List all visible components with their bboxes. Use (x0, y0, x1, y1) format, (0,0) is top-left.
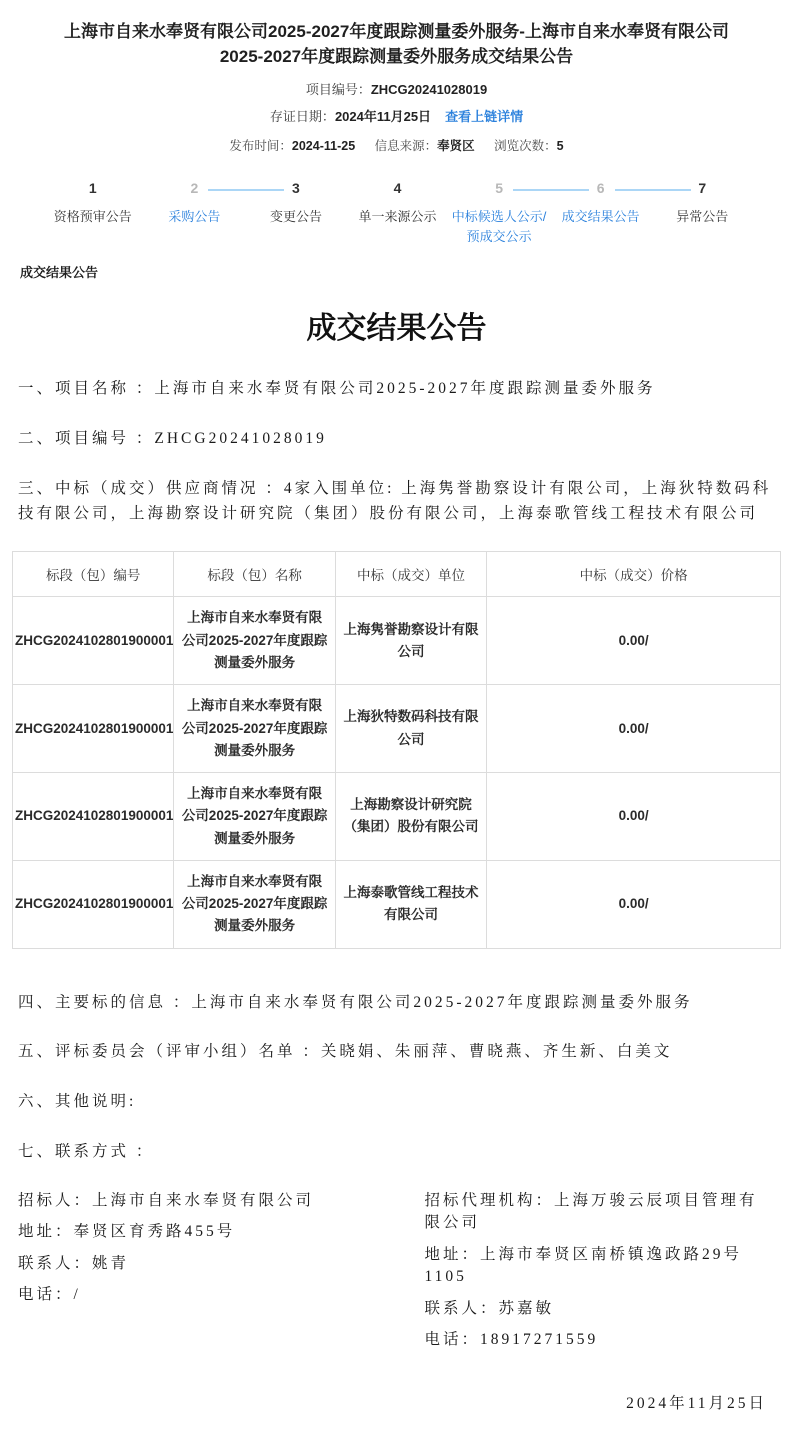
contact-person-value: 姚青 (92, 1255, 129, 1272)
winning-supplier: 上海泰歌管线工程技术有限公司 (335, 860, 486, 948)
project-number-value: ZHCG20241028019 (371, 82, 487, 97)
phone-label: 电话： (425, 1331, 481, 1348)
agency-contact-person-line: 联系人：苏嘉敏 (425, 1298, 776, 1320)
publish-info-line: 发布时间：2024-11-25 信息来源：奉贤区 浏览次数：5 (0, 136, 793, 154)
agency-label: 招标代理机构： (425, 1192, 555, 1209)
bidder-phone-line: 电话：/ (18, 1284, 397, 1306)
section-project-number: 二、项目编号 ：ZHCG20241028019 (18, 427, 775, 452)
project-number-line: 项目编号：ZHCG20241028019 (0, 79, 793, 98)
step-number: 5 (448, 180, 550, 196)
step-candidate-publicity-link[interactable]: 中标候选人公示/预成交公示 (448, 207, 550, 246)
package-code: ZHCG2024102801900001 (13, 685, 174, 773)
phone-value: / (74, 1286, 81, 1303)
header-winning-price: 中标（成交）价格 (487, 552, 781, 597)
announcement-stepper: 1 资格预审公告 2 采购公告 3 变更公告 4 单一来源公示 5 中标候选人公… (42, 180, 753, 246)
winning-price: 0.00/ (487, 860, 781, 948)
step-number: 4 (347, 180, 449, 196)
package-name: 上海市自来水奉贤有限公司2025-2027年度跟踪测量委外服务 (174, 773, 335, 861)
winning-price: 0.00/ (487, 597, 781, 685)
step-number: 7 (651, 180, 753, 196)
info-source-value: 奉贤区 (437, 139, 475, 153)
section-subject-info: 四、主要标的信息 ：上海市自来水奉贤有限公司2025-2027年度跟踪测量委外服… (18, 991, 775, 1016)
page-title: 上海市自来水奉贤有限公司2025-2027年度跟踪测量委外服务-上海市自来水奉贤… (45, 20, 748, 69)
agency-name-line: 招标代理机构：上海万骏云辰项目管理有限公司 (425, 1190, 776, 1235)
step-procurement-link[interactable]: 采购公告 (144, 207, 246, 227)
package-code: ZHCG2024102801900001 (13, 773, 174, 861)
result-table: 标段（包）编号 标段（包）名称 中标（成交）单位 中标（成交）价格 ZHCG20… (12, 551, 781, 948)
step-number: 2 (144, 180, 246, 196)
package-code: ZHCG2024102801900001 (13, 860, 174, 948)
contact-person-label: 联系人： (18, 1255, 92, 1272)
phone-label: 电话： (18, 1286, 74, 1303)
agency-contact: 招标代理机构：上海万骏云辰项目管理有限公司 地址：上海市奉贤区南桥镇逸政路29号… (397, 1190, 776, 1361)
step-result: 6 成交结果公告 (550, 180, 652, 246)
package-name: 上海市自来水奉贤有限公司2025-2027年度跟踪测量委外服务 (174, 860, 335, 948)
project-number-label: 项目编号： (306, 82, 371, 97)
step-result-link[interactable]: 成交结果公告 (550, 207, 652, 227)
table-row: ZHCG2024102801900001 上海市自来水奉贤有限公司2025-20… (13, 597, 781, 685)
step-abnormal: 7 异常公告 (651, 180, 753, 246)
contact-person-value: 苏嘉敏 (499, 1300, 555, 1317)
agency-address-line: 地址：上海市奉贤区南桥镇逸政路29号1105 (425, 1244, 776, 1289)
view-count-label: 浏览次数： (494, 139, 557, 153)
address-label: 地址： (18, 1223, 74, 1240)
publish-time-value: 2024-11-25 (292, 139, 355, 153)
main-title: 成交结果公告 (0, 303, 793, 347)
cert-date-value: 2024年11月25日 (335, 109, 431, 124)
step-number: 6 (550, 180, 652, 196)
header-package-name: 标段（包）名称 (174, 552, 335, 597)
bidder-address-line: 地址：奉贤区育秀路455号 (18, 1221, 397, 1243)
bidder-contact-person-line: 联系人：姚青 (18, 1253, 397, 1275)
publish-time-label: 发布时间： (229, 139, 292, 153)
contact-columns: 招标人：上海市自来水奉贤有限公司 地址：奉贤区育秀路455号 联系人：姚青 电话… (18, 1190, 775, 1361)
bidder-contact: 招标人：上海市自来水奉贤有限公司 地址：奉贤区育秀路455号 联系人：姚青 电话… (18, 1190, 397, 1361)
step-number: 1 (42, 180, 144, 196)
step-change: 3 变更公告 (245, 180, 347, 246)
step-label: 资格预审公告 (42, 207, 144, 227)
bidder-label: 招标人： (18, 1192, 92, 1209)
announcement-date: 2024年11月25日 (0, 1391, 767, 1413)
section-supplier-info: 三、中标（成交）供应商情况 ：4家入围单位: 上海隽誉勘察设计有限公司，上海狄特… (18, 477, 775, 527)
section-project-name: 一、项目名称 ：上海市自来水奉贤有限公司2025-2027年度跟踪测量委外服务 (18, 377, 775, 402)
info-source-label: 信息来源： (375, 139, 438, 153)
contact-person-label: 联系人： (425, 1300, 499, 1317)
view-chain-detail-link[interactable]: 查看上链详情 (445, 109, 523, 124)
section-other-notes: 六、其他说明: (18, 1090, 775, 1115)
winning-supplier: 上海勘察设计研究院（集团）股份有限公司 (335, 773, 486, 861)
step-label: 异常公告 (651, 207, 753, 227)
header-winning-supplier: 中标（成交）单位 (335, 552, 486, 597)
section-committee-list: 五、评标委员会（评审小组）名单 ：关晓娟、朱丽萍、曹晓燕、齐生新、白美文 (18, 1040, 775, 1065)
step-label: 变更公告 (245, 207, 347, 227)
cert-date-label: 存证日期： (270, 109, 335, 124)
package-code: ZHCG2024102801900001 (13, 597, 174, 685)
step-number: 3 (245, 180, 347, 196)
step-candidate-publicity: 5 中标候选人公示/预成交公示 (448, 180, 550, 246)
header-package-code: 标段（包）编号 (13, 552, 174, 597)
bidder-name-line: 招标人：上海市自来水奉贤有限公司 (18, 1190, 397, 1212)
package-name: 上海市自来水奉贤有限公司2025-2027年度跟踪测量委外服务 (174, 685, 335, 773)
phone-value: 18917271559 (480, 1331, 598, 1348)
address-label: 地址： (425, 1246, 481, 1263)
step-single-source: 4 单一来源公示 (347, 180, 449, 246)
view-count-value: 5 (557, 139, 564, 153)
agency-phone-line: 电话：18917271559 (425, 1329, 776, 1351)
winning-supplier: 上海隽誉勘察设计有限公司 (335, 597, 486, 685)
table-header-row: 标段（包）编号 标段（包）名称 中标（成交）单位 中标（成交）价格 (13, 552, 781, 597)
table-row: ZHCG2024102801900001 上海市自来水奉贤有限公司2025-20… (13, 860, 781, 948)
winning-price: 0.00/ (487, 773, 781, 861)
step-prequalification: 1 资格预审公告 (42, 180, 144, 246)
address-value: 奉贤区育秀路455号 (74, 1223, 236, 1240)
winning-supplier: 上海狄特数码科技有限公司 (335, 685, 486, 773)
cert-date-line: 存证日期：2024年11月25日查看上链详情 (0, 106, 793, 125)
table-row: ZHCG2024102801900001 上海市自来水奉贤有限公司2025-20… (13, 773, 781, 861)
winning-price: 0.00/ (487, 685, 781, 773)
table-row: ZHCG2024102801900001 上海市自来水奉贤有限公司2025-20… (13, 685, 781, 773)
package-name: 上海市自来水奉贤有限公司2025-2027年度跟踪测量委外服务 (174, 597, 335, 685)
section-contact-info: 七、联系方式 ： (18, 1140, 775, 1165)
step-procurement: 2 采购公告 (144, 180, 246, 246)
breadcrumb: 成交结果公告 (20, 262, 793, 281)
announcement-page: 上海市自来水奉贤有限公司2025-2027年度跟踪测量委外服务-上海市自来水奉贤… (0, 0, 793, 1413)
bidder-value: 上海市自来水奉贤有限公司 (92, 1192, 314, 1209)
step-label: 单一来源公示 (347, 207, 449, 227)
